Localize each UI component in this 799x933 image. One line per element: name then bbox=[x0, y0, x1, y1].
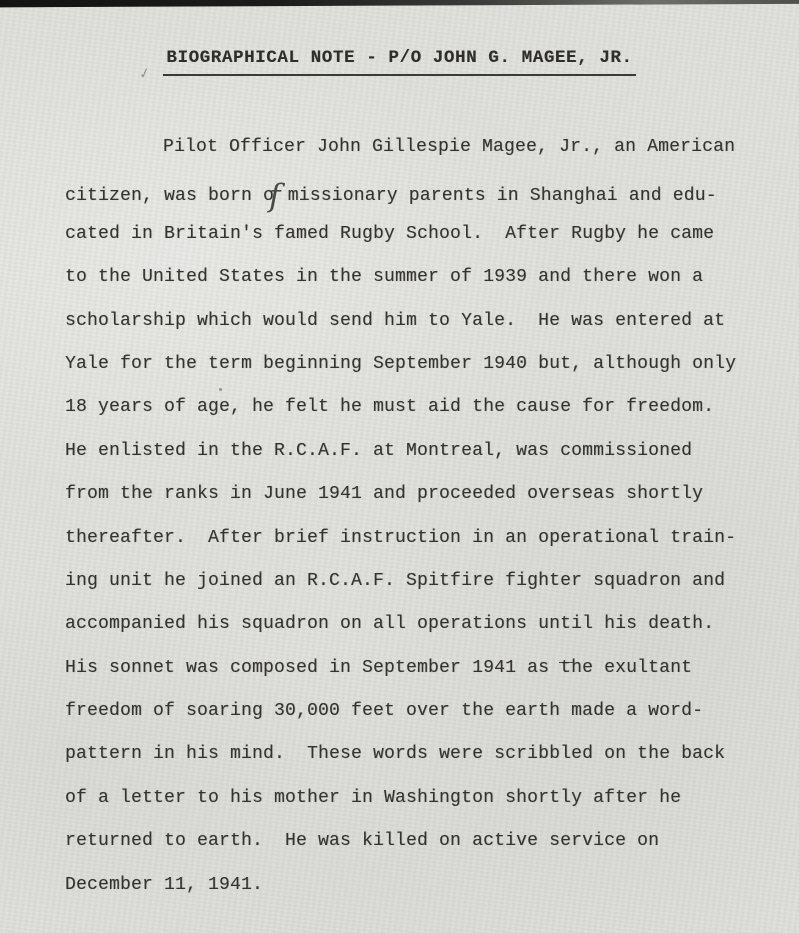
text-line: His sonnet was composed in September 194… bbox=[65, 647, 755, 690]
text-line: Pilot Officer John Gillespie Magee, Jr.,… bbox=[65, 126, 755, 169]
text-line: December 11, 1941. bbox=[65, 864, 755, 907]
text-line: accompanied his squadron on all operatio… bbox=[65, 603, 755, 646]
text-line: citizen, was born of missionary parents … bbox=[65, 169, 755, 212]
overstrike-character: t bbox=[560, 647, 571, 690]
text-line: of a letter to his mother in Washington … bbox=[65, 777, 755, 820]
text-line: ing unit he joined an R.C.A.F. Spitfire … bbox=[65, 560, 755, 603]
text-line: from the ranks in June 1941 and proceede… bbox=[65, 473, 755, 516]
text-line: He enlisted in the R.C.A.F. at Montreal,… bbox=[65, 430, 755, 473]
text-line: scholarship which would send him to Yale… bbox=[65, 300, 755, 343]
document-body: Pilot Officer John Gillespie Magee, Jr.,… bbox=[65, 126, 755, 907]
text-segment: missionary parents in Shanghai and edu- bbox=[277, 186, 717, 206]
text-line: 18 years of age, he felt he must aid the… bbox=[65, 386, 755, 429]
document-title: BIOGRAPHICAL NOTE - P/O JOHN G. MAGEE, J… bbox=[163, 48, 635, 76]
text-line: freedom of soaring 30,000 feet over the … bbox=[65, 690, 755, 733]
text-line: Yale for the term beginning September 19… bbox=[65, 343, 755, 386]
text-segment: he exultant bbox=[571, 658, 692, 678]
ink-speck bbox=[219, 388, 222, 391]
text-line: pattern in his mind. These words were sc… bbox=[65, 733, 755, 776]
handwritten-character: f bbox=[269, 178, 281, 214]
text-line: cated in Britain's famed Rugby School. A… bbox=[65, 213, 755, 256]
text-segment: His sonnet was composed in September 194… bbox=[65, 658, 560, 678]
text-line: to the United States in the summer of 19… bbox=[65, 256, 755, 299]
text-line: returned to earth. He was killed on acti… bbox=[65, 820, 755, 863]
title-row: BIOGRAPHICAL NOTE - P/O JOHN G. MAGEE, J… bbox=[0, 48, 799, 76]
scan-edge-artifact bbox=[0, 0, 799, 8]
text-segment: citizen, was born o bbox=[65, 186, 274, 206]
text-line: thereafter. After brief instruction in a… bbox=[65, 517, 755, 560]
document-page: ✓ BIOGRAPHICAL NOTE - P/O JOHN G. MAGEE,… bbox=[0, 0, 799, 933]
